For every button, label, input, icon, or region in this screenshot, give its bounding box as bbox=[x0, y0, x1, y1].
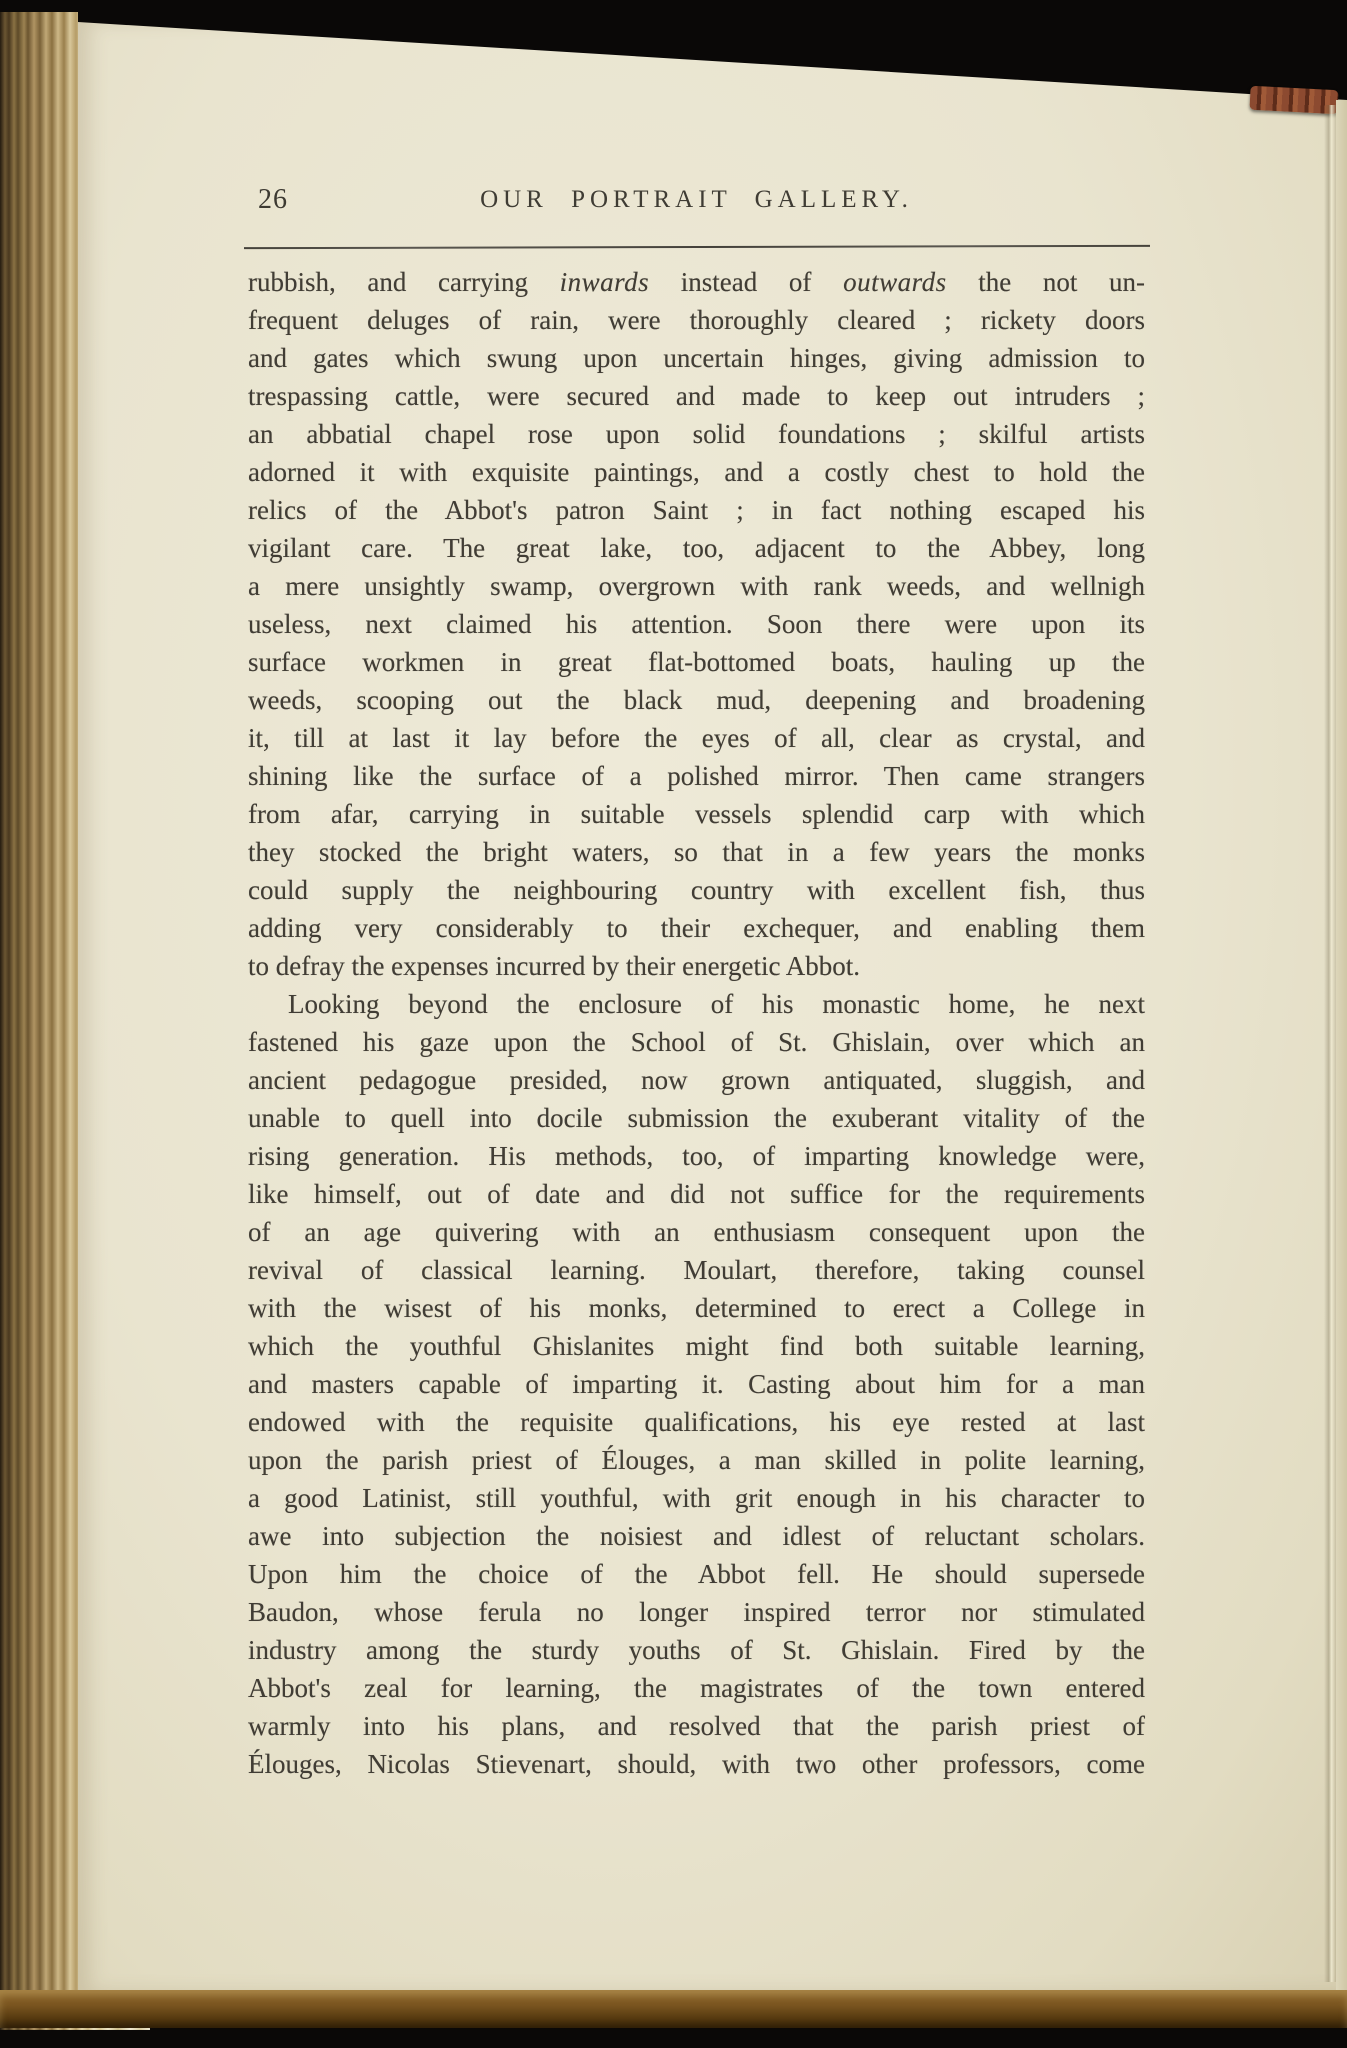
text-line: to defray the expenses incurred by their… bbox=[248, 947, 1145, 985]
text-line: surface workmen in great flat-bottomed b… bbox=[248, 643, 1145, 681]
facing-page-sliver bbox=[1336, 100, 1347, 1990]
text-line: frequent deluges of rain, were thoroughl… bbox=[248, 301, 1145, 339]
text-line: warmly into his plans, and resolved that… bbox=[248, 1707, 1145, 1745]
paragraph: rubbish, and carrying inwards instead of… bbox=[248, 263, 1145, 985]
text-line: rubbish, and carrying inwards instead of… bbox=[248, 263, 1145, 301]
text-line: Abbot's zeal for learning, the magistrat… bbox=[248, 1669, 1145, 1707]
text-line: industry among the sturdy youths of St. … bbox=[248, 1631, 1145, 1669]
text-line: adorned it with exquisite paintings, and… bbox=[248, 453, 1145, 491]
text-line: an abbatial chapel rose upon solid found… bbox=[248, 415, 1145, 453]
text-line: upon the parish priest of Élouges, a man… bbox=[248, 1441, 1145, 1479]
text-line: Looking beyond the enclosure of his mona… bbox=[248, 985, 1145, 1023]
text-line: awe into subjection the noisiest and idl… bbox=[248, 1517, 1145, 1555]
text-line: rising generation. His methods, too, of … bbox=[248, 1137, 1145, 1175]
text-line: fastened his gaze upon the School of St.… bbox=[248, 1023, 1145, 1061]
text-line: which the youthful Ghislanites might fin… bbox=[248, 1327, 1145, 1365]
running-head-title: OUR PORTRAIT GALLERY. bbox=[248, 186, 1145, 214]
text-line: ancient pedagogue presided, now grown an… bbox=[248, 1061, 1145, 1099]
text-line: with the wisest of his monks, determined… bbox=[248, 1289, 1145, 1327]
text-line: a mere unsightly swamp, overgrown with r… bbox=[248, 567, 1145, 605]
text-line: trespassing cattle, were secured and mad… bbox=[248, 377, 1145, 415]
text-line: Baudon, whose ferula no longer inspired … bbox=[248, 1593, 1145, 1631]
text-line: a good Latinist, still youthful, with gr… bbox=[248, 1479, 1145, 1517]
text-line: unable to quell into docile submission t… bbox=[248, 1099, 1145, 1137]
text-line: vigilant care. The great lake, too, adja… bbox=[248, 529, 1145, 567]
text-line: could supply the neighbouring country wi… bbox=[248, 871, 1145, 909]
text-line: like himself, out of date and did not su… bbox=[248, 1175, 1145, 1213]
text-line: they stocked the bright waters, so that … bbox=[248, 833, 1145, 871]
page-header: 26 OUR PORTRAIT GALLERY. bbox=[248, 178, 1145, 218]
text-line: endowed with the requisite qualification… bbox=[248, 1403, 1145, 1441]
text-line: revival of classical learning. Moulart, … bbox=[248, 1251, 1145, 1289]
text-line: it, till at last it lay before the eyes … bbox=[248, 719, 1145, 757]
text-line: shining like the surface of a polished m… bbox=[248, 757, 1145, 795]
text-line: relics of the Abbot's patron Saint ; in … bbox=[248, 491, 1145, 529]
text-line: weeds, scooping out the black mud, deepe… bbox=[248, 681, 1145, 719]
text-line: and masters capable of imparting it. Cas… bbox=[248, 1365, 1145, 1403]
text-line: useless, next claimed his attention. Soo… bbox=[248, 605, 1145, 643]
text-line: from afar, carrying in suitable vessels … bbox=[248, 795, 1145, 833]
text-line: Élouges, Nicolas Stievenart, should, wit… bbox=[248, 1745, 1145, 1783]
book-cover-edge bbox=[0, 1990, 1347, 2028]
text-line: adding very considerably to their excheq… bbox=[248, 909, 1145, 947]
text-line: Upon him the choice of the Abbot fell. H… bbox=[248, 1555, 1145, 1593]
text-line: of an age quivering with an enthusiasm c… bbox=[248, 1213, 1145, 1251]
text-line: and gates which swung upon uncertain hin… bbox=[248, 339, 1145, 377]
page-gutter-crease bbox=[1324, 105, 1336, 1982]
text-block: rubbish, and carrying inwards instead of… bbox=[248, 263, 1145, 1783]
paragraph: Looking beyond the enclosure of his mona… bbox=[248, 985, 1145, 1783]
